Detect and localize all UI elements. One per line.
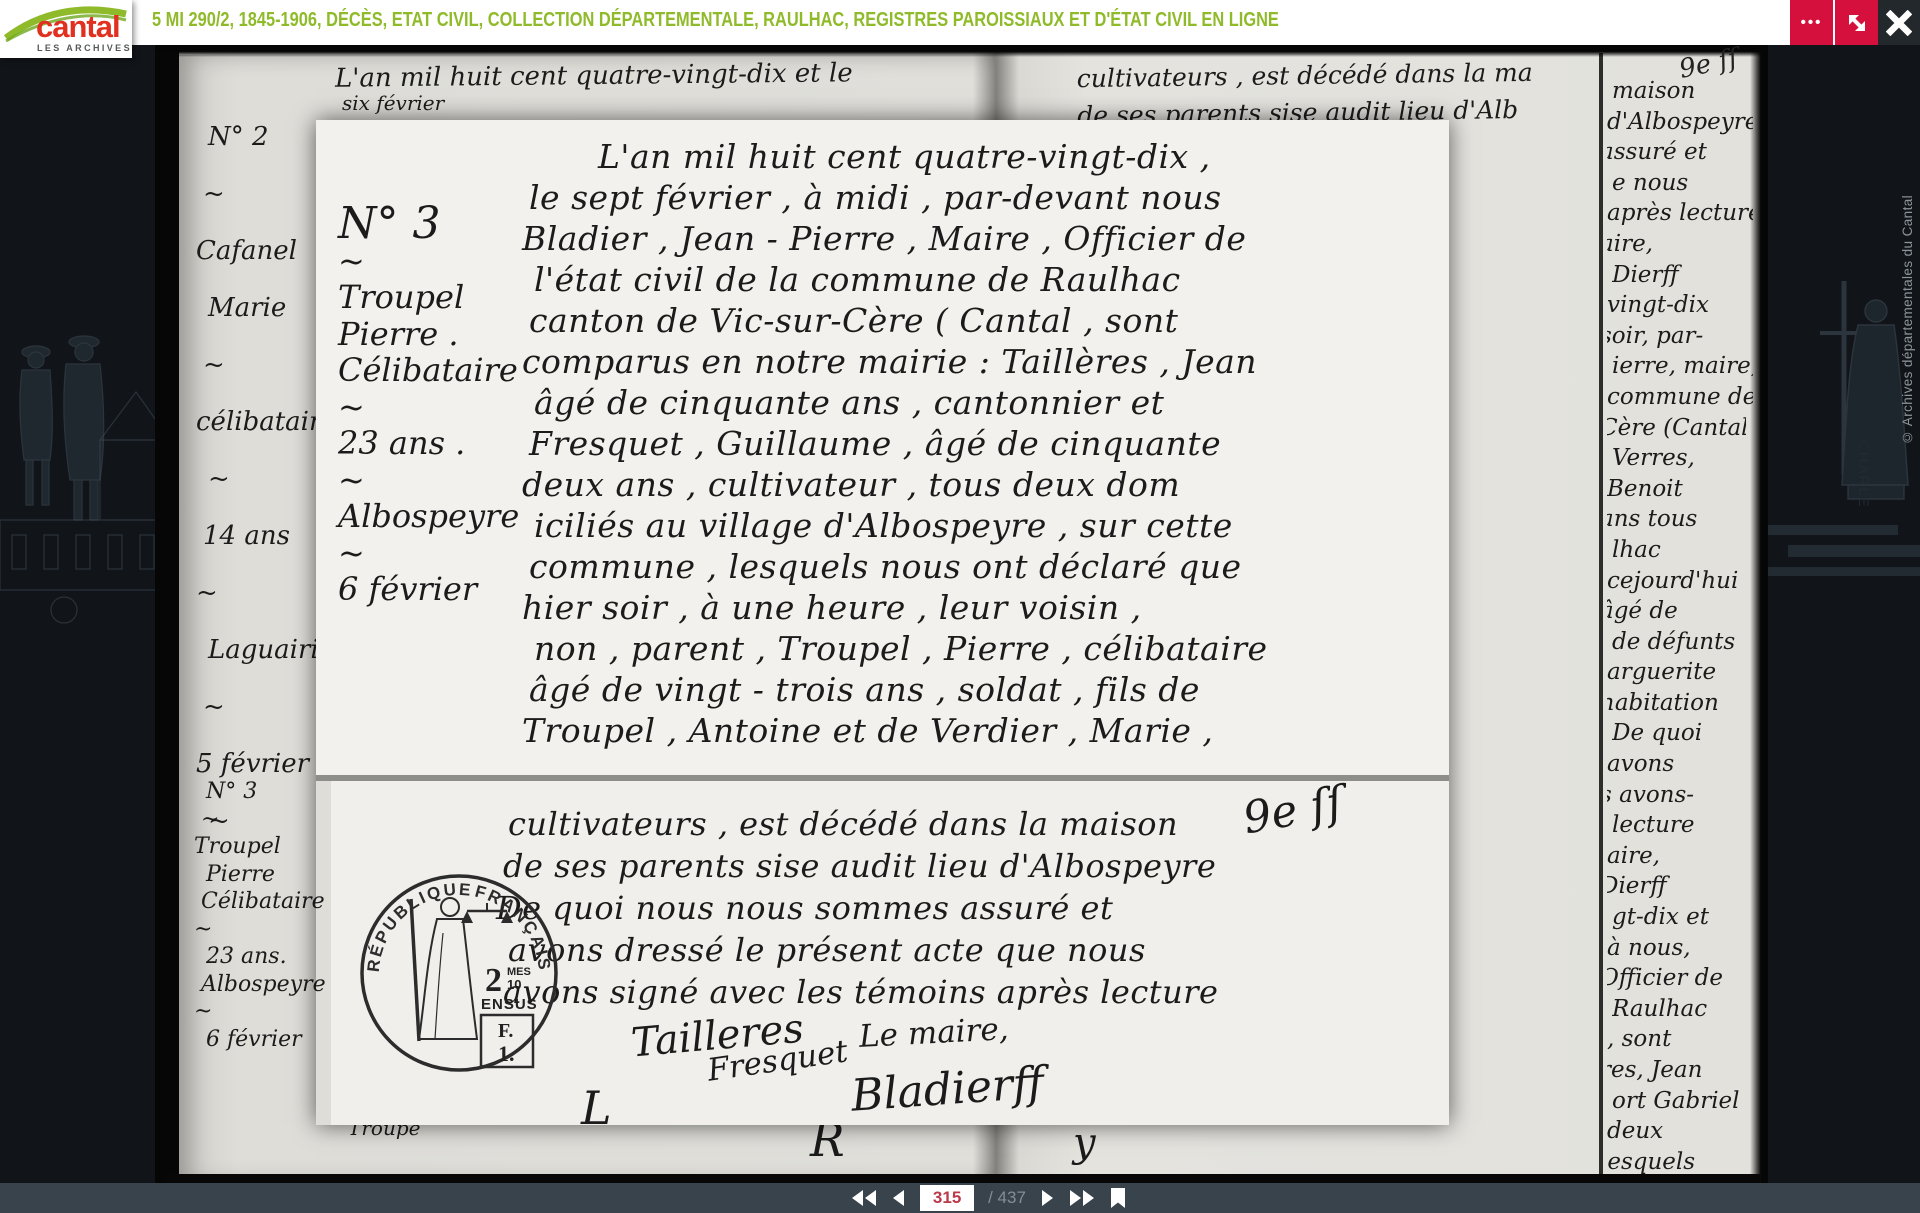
signature-le-maire-label: Le maire, — [858, 1011, 1009, 1055]
magnified-closing-text: cultivateurs , est décédé dans la maison… — [503, 803, 1218, 1013]
bookmark-button[interactable] — [1110, 1188, 1126, 1208]
last-page-button[interactable] — [1068, 1188, 1096, 1208]
current-page-input[interactable]: 315 — [920, 1185, 974, 1211]
close-icon — [1886, 10, 1912, 36]
background-watermark-text: CHARLE — [1856, 440, 1872, 509]
chevron-left-icon — [892, 1188, 906, 1208]
stamp-f: F. — [498, 1020, 513, 1042]
scan-left-edge — [155, 45, 179, 1183]
copyright-notice: © Archives départementales du Cantal — [1900, 115, 1915, 445]
republique-francaise-stamp: RÉPUBLIQUE FRANÇAISE 2 — [355, 863, 560, 1078]
stamp-digit: 2 — [485, 962, 502, 999]
total-pages-label: / 437 — [988, 1188, 1026, 1208]
next-page-button[interactable] — [1040, 1188, 1054, 1208]
double-chevron-right-icon — [1068, 1188, 1096, 1208]
stamp-sub2: 10 — [507, 977, 521, 992]
more-options-button[interactable]: ••• — [1790, 0, 1833, 45]
signature-bladier: Bladierff — [849, 1057, 1045, 1121]
fullscreen-button[interactable] — [1835, 0, 1878, 45]
close-button[interactable] — [1878, 0, 1920, 45]
cantal-logo[interactable]: cantal LES ARCHIVES — [0, 0, 132, 58]
stamp-ring-left-text: RÉPUBLIQUE — [364, 880, 474, 973]
right-page-strip-fragments: maisond'Albospeyreassuré ete nousaprès l… — [1607, 76, 1753, 1177]
magnified-act-text: L'an mil huit cent quatre-vingt-dix ,le … — [529, 136, 1264, 751]
background-engraving-right — [1748, 275, 1920, 605]
image-viewer: CHARLE L'an mil huit cent quatre-vingt-d… — [0, 45, 1920, 1183]
scan-bottom-edge — [165, 1174, 1760, 1183]
archives-viewer: 5 MI 290/2, 1845-1906, DÉCÈS, ETAT CIVIL… — [0, 0, 1920, 1213]
logo-subtitle-text: LES ARCHIVES — [37, 43, 132, 53]
document-title: 5 MI 290/2, 1845-1906, DÉCÈS, ETAT CIVIL… — [152, 9, 1279, 32]
background-engraving-left — [0, 330, 172, 630]
page-nav-bar: 315 / 437 — [0, 1183, 1920, 1213]
diagonal-expand-icon — [1845, 11, 1869, 35]
magnifier-lower-section: 9e ſſ cultivateurs , est décédé dans la … — [331, 781, 1449, 1125]
ellipsis-icon: ••• — [1801, 14, 1823, 31]
top-bar: 5 MI 290/2, 1845-1906, DÉCÈS, ETAT CIVIL… — [0, 0, 1920, 45]
right-page-bottom-mark: y — [1073, 1120, 1096, 1166]
magnifier-upper-section: N° 3~TroupelPierre .Célibataire~23 ans .… — [316, 120, 1449, 775]
logo-brand-text: cantal — [36, 11, 120, 42]
chevron-right-icon — [1040, 1188, 1054, 1208]
previous-page-button[interactable] — [892, 1188, 906, 1208]
right-page-margin-rule — [1599, 53, 1603, 1179]
stamp-one: 1. — [498, 1041, 515, 1066]
bookmark-icon — [1110, 1188, 1126, 1208]
double-chevron-left-icon — [850, 1188, 878, 1208]
first-page-button[interactable] — [850, 1188, 878, 1208]
stamp-ensus: ENSUS — [481, 996, 538, 1013]
magnifier-overlay[interactable]: N° 3~TroupelPierre .Célibataire~23 ans .… — [316, 120, 1449, 1125]
magnified-folio-note: 9e ſſ — [1240, 781, 1348, 844]
signature-partial: L — [581, 1081, 612, 1125]
svg-text:RÉPUBLIQUE: RÉPUBLIQUE — [364, 880, 474, 973]
